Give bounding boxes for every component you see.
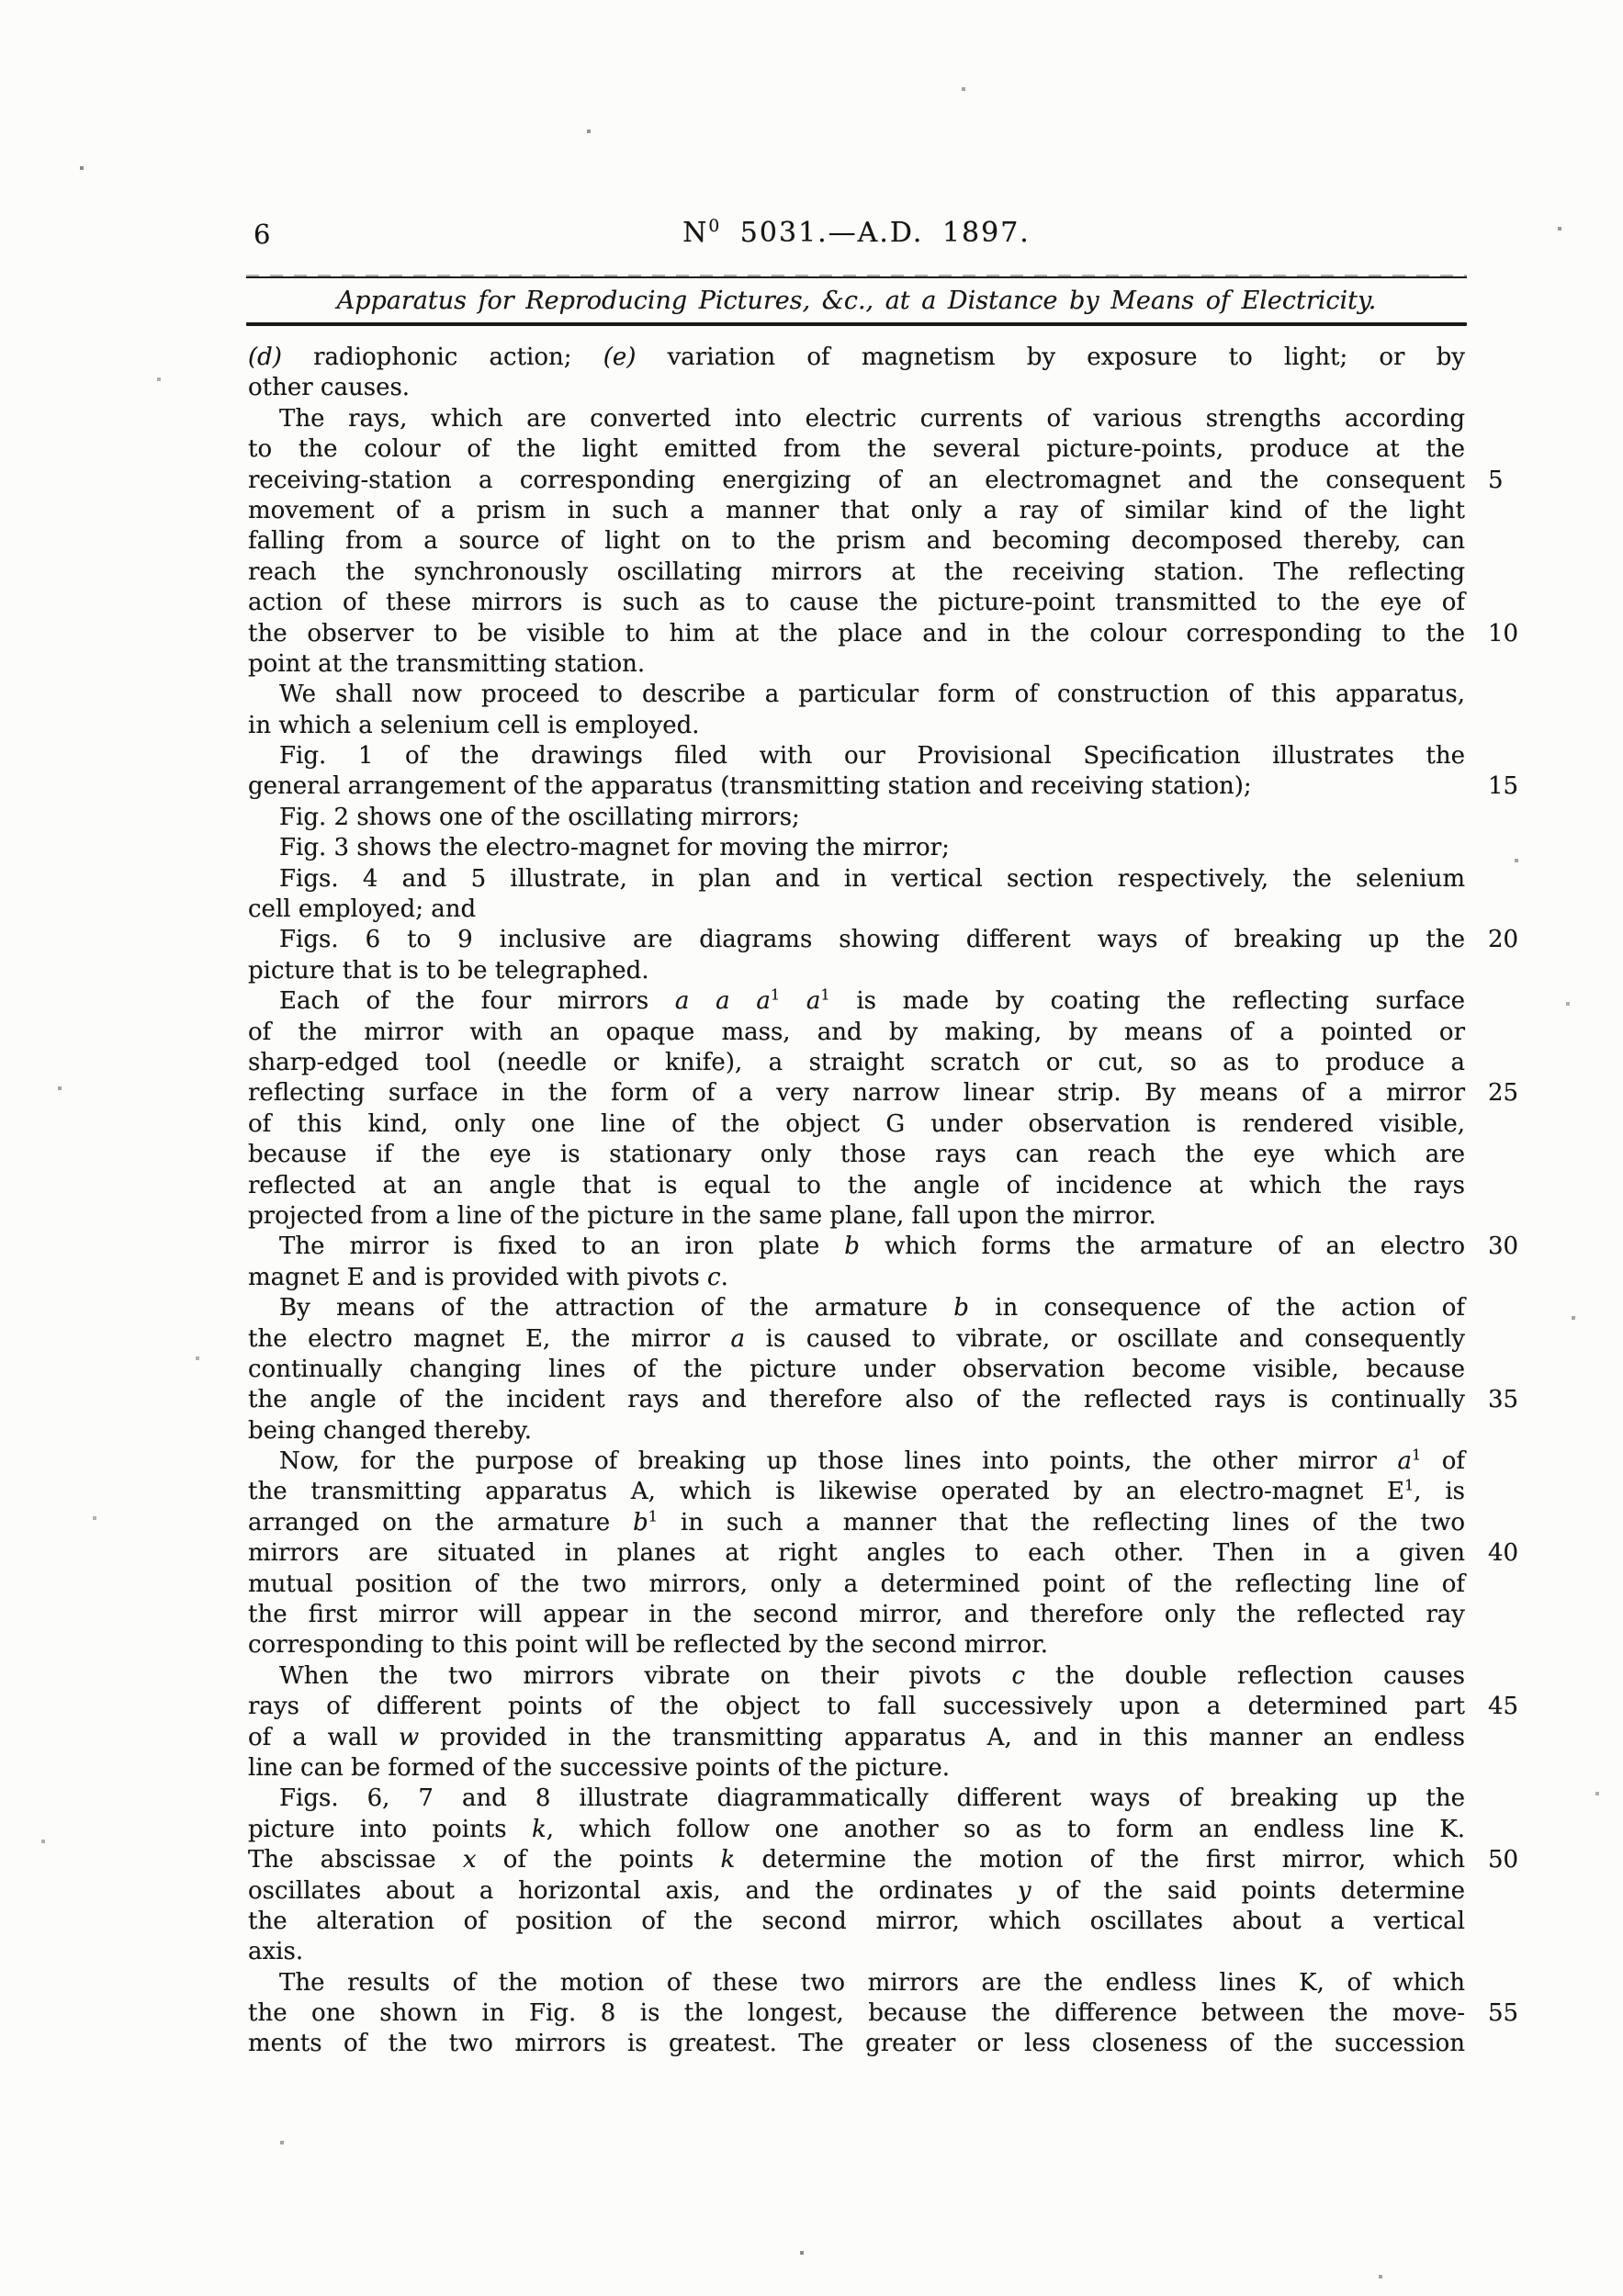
text-line: Figs. 6 to 9 inclusive are diagrams show…	[248, 925, 1465, 955]
text-segment: radiophonic action;	[282, 343, 603, 371]
text-segment: the angle of the incident rays and there…	[248, 1386, 1465, 1413]
text-segment: the electro magnet E, the mirror	[248, 1325, 731, 1353]
text-line: being changed thereby.	[248, 1416, 1465, 1446]
text-line: point at the transmitting station.	[248, 649, 1465, 680]
text-line: We shall now proceed to describe a parti…	[248, 680, 1465, 710]
text-segment: of this kind, only one line of the objec…	[248, 1110, 1465, 1138]
text-line: Figs. 6, 7 and 8 illustrate diagrammatic…	[248, 1784, 1465, 1814]
text-line: continually changing lines of the pictur…	[248, 1355, 1465, 1385]
text-segment: a	[716, 987, 730, 1015]
text-segment: the alteration of position of the second…	[248, 1908, 1465, 1935]
text-segment: magnet E and is provided with pivots	[248, 1264, 707, 1291]
text-line: Fig. 1 of the drawings filed with our Pr…	[248, 741, 1465, 771]
text-segment: of	[1421, 1447, 1465, 1475]
text-line: the observer to be visible to him at the…	[248, 619, 1465, 649]
text-segment: When the two mirrors vibrate on their pi…	[279, 1662, 1012, 1690]
text-segment: is made by coating the reflecting surfac…	[830, 987, 1465, 1015]
text-line: of a wall w provided in the transmitting…	[248, 1723, 1465, 1753]
text-segment: the first mirror will appear in the seco…	[248, 1601, 1465, 1628]
text-segment: movement of a prism in such a manner tha…	[248, 497, 1465, 524]
text-segment: axis.	[248, 1938, 303, 1965]
header-rule-top	[246, 276, 1467, 278]
text-segment	[730, 987, 757, 1015]
text-line: the transmitting apparatus A, which is l…	[248, 1477, 1465, 1507]
text-segment: a	[675, 987, 690, 1015]
text-line: When the two mirrors vibrate on their pi…	[248, 1661, 1465, 1692]
text-segment: determine the motion of the first mirror…	[735, 1846, 1465, 1874]
text-segment: variation of magnetism by exposure to li…	[636, 343, 1465, 371]
text-segment: 0	[708, 217, 721, 236]
text-segment: k	[532, 1816, 547, 1843]
text-segment: y	[1018, 1877, 1031, 1905]
text-segment	[689, 987, 716, 1015]
text-segment: reflecting surface in the form of a very…	[248, 1079, 1465, 1107]
text-segment: N	[682, 217, 708, 249]
text-segment: Now, for the purpose of breaking up thos…	[279, 1447, 1397, 1475]
text-line: falling from a source of light on to the…	[248, 526, 1465, 557]
text-segment: in which a selenium cell is employed.	[248, 712, 700, 739]
text-line: in which a selenium cell is employed.	[248, 711, 1465, 741]
text-segment: a	[1397, 1447, 1412, 1475]
text-line: magnet E and is provided with pivots c.	[248, 1263, 1465, 1293]
text-segment: the transmitting apparatus A, which is l…	[248, 1478, 1404, 1505]
text-line: oscillates about a horizontal axis, and …	[248, 1876, 1465, 1907]
text-line: Each of the four mirrors a a a1 a1 is ma…	[248, 986, 1465, 1017]
text-line: the alteration of position of the second…	[248, 1907, 1465, 1937]
text-segment: We shall now proceed to describe a parti…	[279, 681, 1465, 708]
text-line: reach the synchronously oscillating mirr…	[248, 557, 1465, 588]
text-line: ments of the two mirrors is greatest. Th…	[248, 2029, 1465, 2059]
text-line: picture into points k, which follow one …	[248, 1815, 1465, 1845]
text-segment: Fig. 2 shows one of the oscillating mirr…	[279, 804, 800, 831]
line-number: 30	[1488, 1232, 1561, 1262]
text-line: The rays, which are converted into elect…	[248, 404, 1465, 434]
text-segment: which forms the armature of an electro	[860, 1232, 1465, 1260]
document-title: Apparatus for Reproducing Pictures, &c.,…	[248, 286, 1465, 317]
text-segment: picture that is to be telegraphed.	[248, 957, 649, 985]
scan-specks	[0, 0, 2, 2]
text-line: corresponding to this point will be refl…	[248, 1630, 1465, 1660]
text-segment: other causes.	[248, 374, 410, 401]
text-segment: Fig. 1 of the drawings filed with our Pr…	[279, 742, 1465, 770]
line-number: 20	[1488, 925, 1561, 955]
text-segment: The mirror is fixed to an iron plate	[279, 1232, 844, 1260]
text-segment: Figs. 6, 7 and 8 illustrate diagrammatic…	[279, 1784, 1465, 1812]
text-body: (d) radiophonic action; (e) variation of…	[248, 343, 1465, 2060]
text-segment: The rays, which are converted into elect…	[279, 405, 1465, 433]
text-segment: x	[463, 1846, 477, 1874]
text-line: Fig. 2 shows one of the oscillating mirr…	[248, 803, 1465, 833]
text-line: mirrors are situated in planes at right …	[248, 1538, 1465, 1569]
text-segment: in such a manner that the reflecting lin…	[658, 1509, 1465, 1536]
text-segment: mirrors are situated in planes at right …	[248, 1539, 1465, 1567]
text-line: reflected at an angle that is equal to t…	[248, 1171, 1465, 1201]
line-number: 45	[1488, 1692, 1561, 1722]
text-segment: because if the eye is stationary only th…	[248, 1141, 1465, 1168]
patent-page: 6 N0 5031.—A.D. 1897. Apparatus for Repr…	[0, 0, 1623, 2296]
text-line: The results of the motion of these two m…	[248, 1968, 1465, 1998]
text-segment: is caused to vibrate, or oscillate and c…	[745, 1325, 1465, 1353]
text-segment: a	[756, 987, 771, 1015]
text-segment: a	[731, 1325, 746, 1353]
text-segment: 1	[820, 986, 829, 1004]
line-number: 10	[1488, 619, 1561, 649]
line-number: 40	[1488, 1538, 1561, 1569]
text-line: general arrangement of the apparatus (tr…	[248, 771, 1465, 802]
text-segment: in consequence of the action of	[969, 1294, 1465, 1322]
text-segment: arranged on the armature	[248, 1509, 633, 1536]
text-line: of the mirror with an opaque mass, and b…	[248, 1018, 1465, 1048]
text-segment: the one shown in Fig. 8 is the longest, …	[248, 1999, 1465, 2027]
text-segment: , is	[1414, 1478, 1465, 1505]
text-segment: the double reflection causes	[1025, 1662, 1465, 1690]
text-segment	[780, 987, 806, 1015]
text-segment: of the mirror with an opaque mass, and b…	[248, 1019, 1465, 1046]
line-number: 15	[1488, 771, 1561, 802]
text-line: picture that is to be telegraphed.	[248, 956, 1465, 986]
text-segment: provided in the transmitting apparatus A…	[419, 1724, 1465, 1751]
text-segment: b	[633, 1509, 648, 1536]
text-segment: Figs. 4 and 5 illustrate, in plan and in…	[279, 865, 1465, 893]
text-segment: mutual position of the two mirrors, only…	[248, 1570, 1465, 1598]
text-segment: the observer to be visible to him at the…	[248, 620, 1465, 647]
text-segment: c	[1012, 1662, 1026, 1690]
text-line: because if the eye is stationary only th…	[248, 1140, 1465, 1170]
text-segment: 5031.—A.D. 1897.	[721, 217, 1031, 249]
header-title: N0 5031.—A.D. 1897.	[248, 217, 1465, 249]
text-segment: being changed thereby.	[248, 1417, 532, 1445]
text-segment: w	[399, 1724, 419, 1751]
text-segment: The abscissae	[248, 1846, 463, 1874]
text-line: By means of the attraction of the armatu…	[248, 1293, 1465, 1323]
text-segment: line can be formed of the successive poi…	[248, 1754, 950, 1782]
text-line: The mirror is fixed to an iron plate b w…	[248, 1232, 1465, 1262]
text-segment: of the points	[477, 1846, 721, 1874]
text-segment: c	[707, 1264, 721, 1291]
text-line: Fig. 3 shows the electro-magnet for movi…	[248, 833, 1465, 863]
text-segment: 1	[771, 986, 780, 1004]
line-number: 50	[1488, 1845, 1561, 1875]
text-segment: sharp-edged tool (needle or knife), a st…	[248, 1049, 1465, 1076]
text-line: receiving-station a corresponding energi…	[248, 466, 1465, 496]
line-number: 35	[1488, 1385, 1561, 1415]
text-line: The abscissae x of the points k determin…	[248, 1845, 1465, 1875]
text-segment: corresponding to this point will be refl…	[248, 1631, 1048, 1659]
text-segment: cell employed; and	[248, 895, 476, 923]
text-segment: of a wall	[248, 1724, 399, 1751]
text-segment: a	[806, 987, 821, 1015]
text-segment: (e)	[603, 343, 637, 371]
text-segment: falling from a source of light on to the…	[248, 527, 1465, 555]
text-segment: of the said points determine	[1031, 1877, 1465, 1905]
text-segment: rays of different points of the object t…	[248, 1693, 1465, 1720]
text-line: the one shown in Fig. 8 is the longest, …	[248, 1998, 1465, 2029]
text-line: other causes.	[248, 373, 1465, 403]
text-segment: reach the synchronously oscillating mirr…	[248, 558, 1465, 586]
text-segment: k	[721, 1846, 736, 1874]
text-segment: reflected at an angle that is equal to t…	[248, 1172, 1465, 1199]
text-segment: 1	[1404, 1477, 1414, 1494]
text-line: action of these mirrors is such as to ca…	[248, 588, 1465, 618]
text-line: mutual position of the two mirrors, only…	[248, 1570, 1465, 1600]
text-line: movement of a prism in such a manner tha…	[248, 496, 1465, 526]
text-segment: action of these mirrors is such as to ca…	[248, 589, 1465, 616]
text-line: Now, for the purpose of breaking up thos…	[248, 1446, 1465, 1477]
text-segment: b	[844, 1232, 860, 1260]
text-line: arranged on the armature b1 in such a ma…	[248, 1508, 1465, 1538]
text-line: of this kind, only one line of the objec…	[248, 1109, 1465, 1140]
text-line: the electro magnet E, the mirror a is ca…	[248, 1324, 1465, 1355]
text-line: axis.	[248, 1937, 1465, 1967]
text-line: rays of different points of the object t…	[248, 1692, 1465, 1722]
header-rule-bottom	[246, 322, 1467, 326]
text-segment: 1	[1412, 1446, 1421, 1463]
text-line: the angle of the incident rays and there…	[248, 1385, 1465, 1415]
text-segment: point at the transmitting station.	[248, 650, 645, 678]
text-segment: receiving-station a corresponding energi…	[248, 467, 1465, 494]
text-segment: , which follow one another so as to form…	[547, 1816, 1465, 1843]
text-segment: b	[953, 1294, 969, 1322]
text-segment: oscillates about a horizontal axis, and …	[248, 1877, 1018, 1905]
text-line: Figs. 4 and 5 illustrate, in plan and in…	[248, 864, 1465, 895]
text-segment: to the colour of the light emitted from …	[248, 435, 1465, 463]
text-segment: projected from a line of the picture in …	[248, 1202, 1156, 1230]
text-segment: (d)	[248, 343, 282, 371]
text-segment: .	[721, 1264, 728, 1291]
text-line: reflecting surface in the form of a very…	[248, 1078, 1465, 1109]
text-line: line can be formed of the successive poi…	[248, 1753, 1465, 1784]
text-segment: Figs. 6 to 9 inclusive are diagrams show…	[279, 926, 1465, 953]
text-segment: general arrangement of the apparatus (tr…	[248, 772, 1252, 800]
line-number: 5	[1488, 466, 1561, 496]
text-line: cell employed; and	[248, 895, 1465, 925]
text-segment: Each of the four mirrors	[279, 987, 675, 1015]
text-line: the first mirror will appear in the seco…	[248, 1600, 1465, 1630]
text-segment: continually changing lines of the pictur…	[248, 1356, 1465, 1383]
text-segment: Fig. 3 shows the electro-magnet for movi…	[279, 834, 950, 861]
text-line: (d) radiophonic action; (e) variation of…	[248, 343, 1465, 373]
text-segment: 1	[648, 1507, 658, 1525]
text-line: to the colour of the light emitted from …	[248, 434, 1465, 465]
text-segment: ments of the two mirrors is greatest. Th…	[248, 2030, 1465, 2057]
text-line: sharp-edged tool (needle or knife), a st…	[248, 1048, 1465, 1078]
line-number: 55	[1488, 1998, 1561, 2029]
text-segment: picture into points	[248, 1816, 532, 1843]
text-line: projected from a line of the picture in …	[248, 1201, 1465, 1232]
line-number: 25	[1488, 1078, 1561, 1109]
text-segment: The results of the motion of these two m…	[279, 1969, 1465, 1997]
text-segment: By means of the attraction of the armatu…	[279, 1294, 953, 1322]
